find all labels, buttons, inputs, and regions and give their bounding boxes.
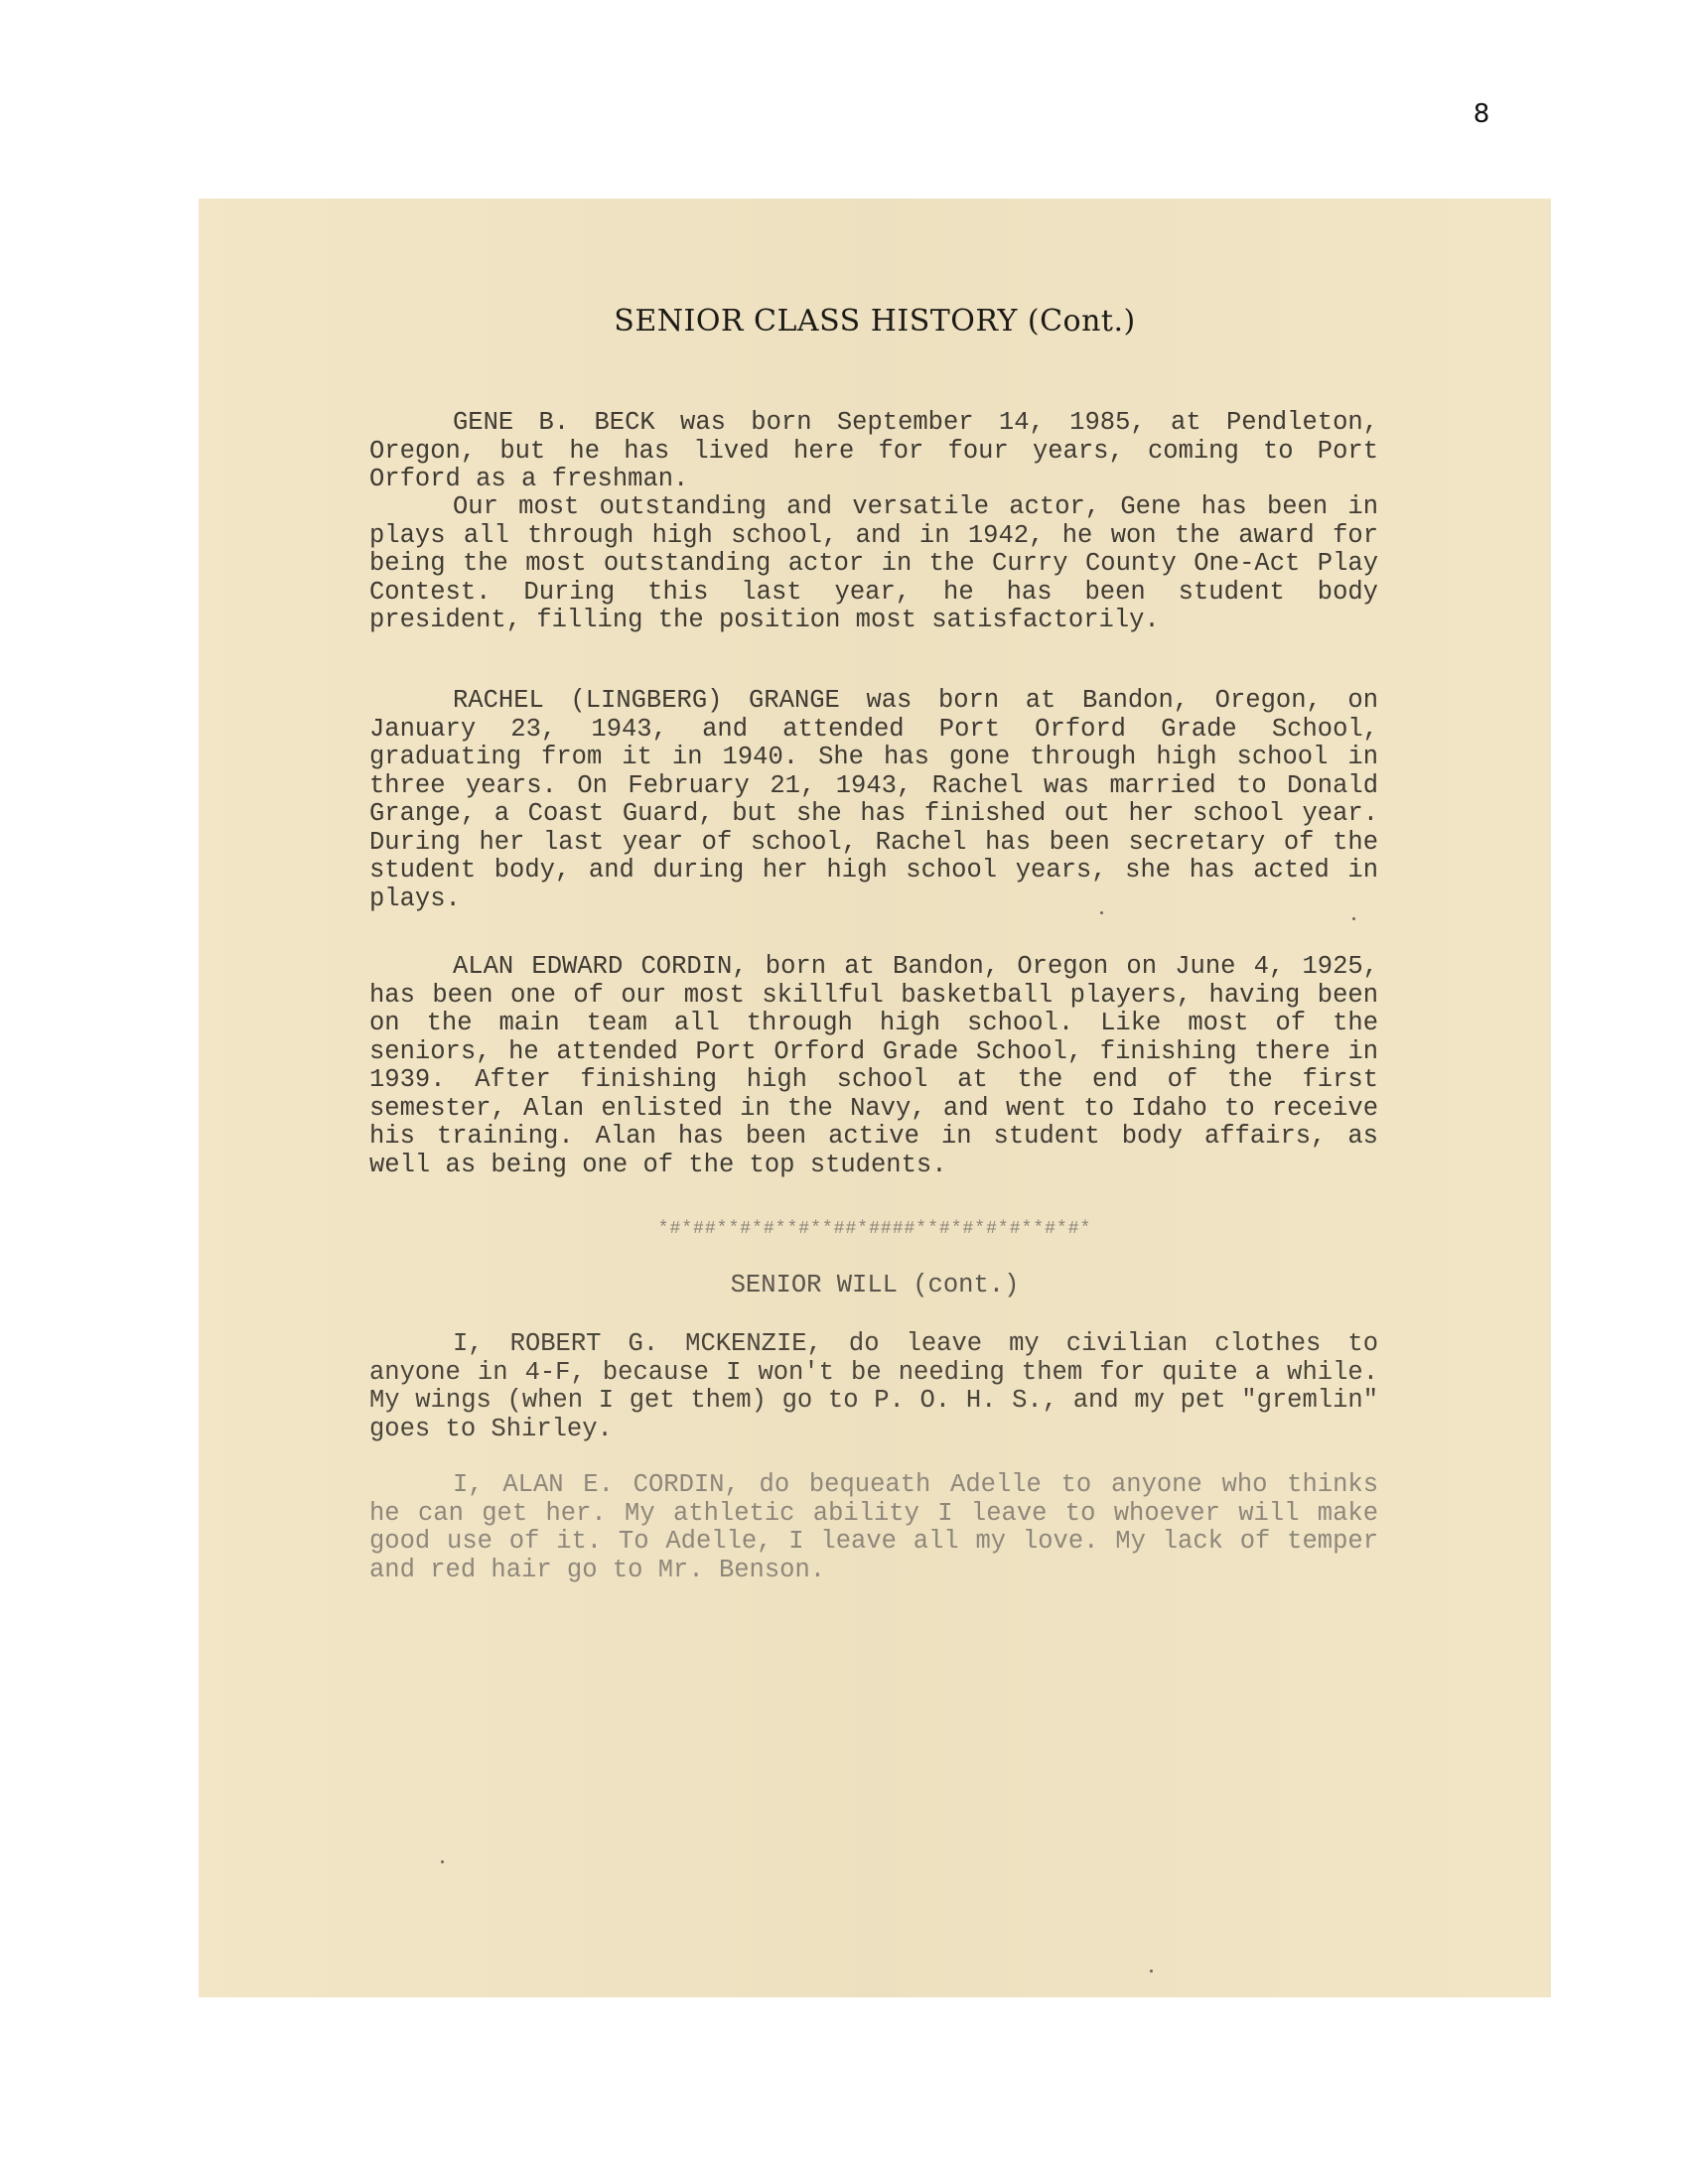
- history-entry-gene-beck-cont: Our most outstanding and versatile actor…: [369, 493, 1378, 635]
- history-paragraph: RACHEL (LINGBERG) GRANGE was born at Ban…: [369, 687, 1378, 913]
- history-paragraph: GENE B. BECK was born September 14, 1985…: [369, 409, 1378, 494]
- history-entry-gene-beck: GENE B. BECK was born September 14, 1985…: [369, 409, 1378, 494]
- history-paragraph: Our most outstanding and versatile actor…: [369, 493, 1378, 635]
- will-entry-robert-mckenzie: I, ROBERT G. MCKENZIE, do leave my civil…: [369, 1330, 1378, 1443]
- senior-will-title: SENIOR WILL (cont.): [199, 1271, 1551, 1299]
- will-paragraph: I, ALAN E. CORDIN, do bequeath Adelle to…: [369, 1471, 1378, 1584]
- history-paragraph: ALAN EDWARD CORDIN, born at Bandon, Oreg…: [369, 953, 1378, 1179]
- paper-speck: [441, 1860, 444, 1863]
- section-separator: *#*##**#*#**#**##*####**#*#*#*#**#*#*: [199, 1219, 1551, 1239]
- will-paragraph: I, ROBERT G. MCKENZIE, do leave my civil…: [369, 1330, 1378, 1443]
- page-title: SENIOR CLASS HISTORY (Cont.): [199, 304, 1551, 339]
- history-entry-alan-cordin: ALAN EDWARD CORDIN, born at Bandon, Oreg…: [369, 953, 1378, 1179]
- page-number: 8: [1452, 99, 1511, 129]
- paper-speck: [1352, 917, 1355, 920]
- scanned-page: SENIOR CLASS HISTORY (Cont.) GENE B. BEC…: [199, 199, 1551, 1997]
- paper-speck: [1150, 1970, 1153, 1973]
- history-entry-rachel-grange: RACHEL (LINGBERG) GRANGE was born at Ban…: [369, 687, 1378, 913]
- paper-speck: [1100, 911, 1103, 914]
- will-entry-alan-cordin: I, ALAN E. CORDIN, do bequeath Adelle to…: [369, 1471, 1378, 1584]
